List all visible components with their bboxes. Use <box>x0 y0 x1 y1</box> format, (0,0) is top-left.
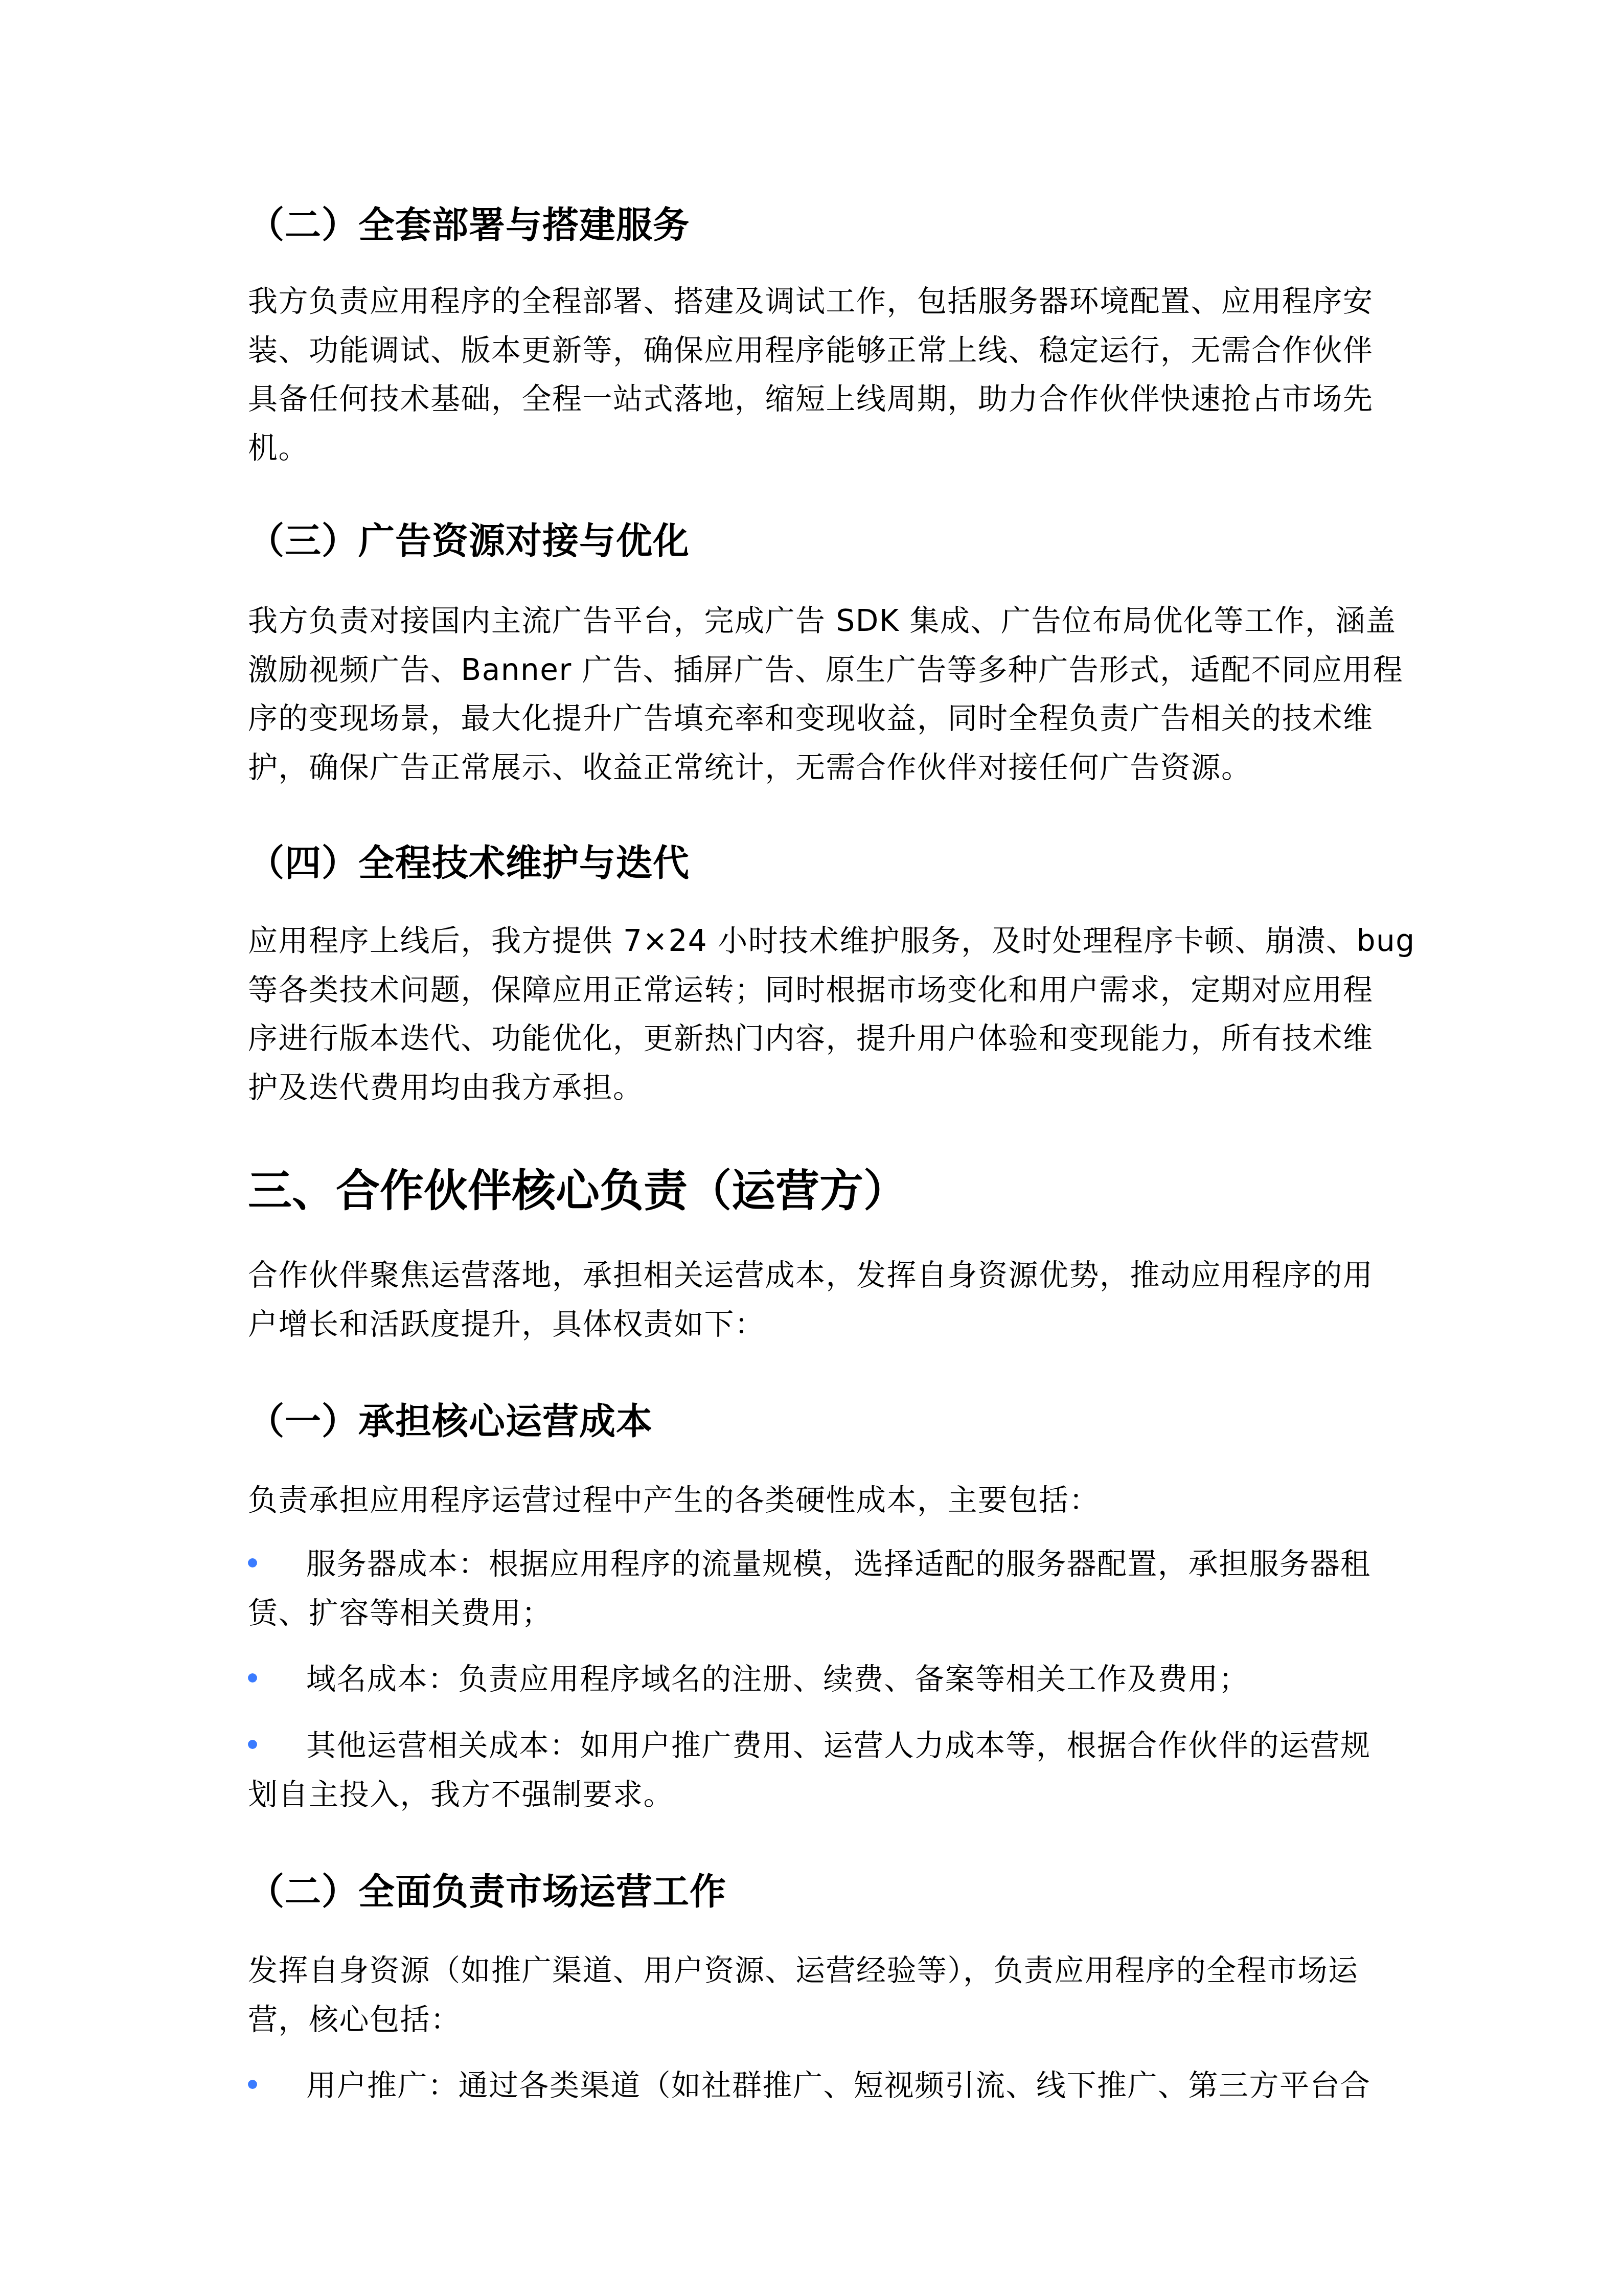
bullet-icon <box>248 1558 257 1567</box>
text-line: 服务器成本：根据应用程序的流量规模，选择适配的服务器配置，承担服务器租 <box>248 1540 1360 1589</box>
bullet-icon <box>248 1740 257 1749</box>
text-line: 护及迭代费用均由我方承担。 <box>248 1063 1360 1112</box>
text-line: 营，核心包括： <box>248 1995 1360 2044</box>
list-item-server-cost: 服务器成本：根据应用程序的流量规模，选择适配的服务器配置，承担服务器租 赁、扩容… <box>248 1540 1360 1638</box>
text-line: 划自主投入，我方不强制要求。 <box>248 1770 1360 1820</box>
text-line: 合作伙伴聚焦运营落地，承担相关运营成本，发挥自身资源优势，推动应用程序的用 <box>248 1251 1360 1300</box>
list-item-text: 服务器成本：根据应用程序的流量规模，选择适配的服务器配置，承担服务器租 <box>306 1547 1371 1581</box>
paragraph-maintenance: 应用程序上线后，我方提供 7×24 小时技术维护服务，及时处理程序卡顿、崩溃、b… <box>248 917 1360 1112</box>
paragraph-partner-intro: 合作伙伴聚焦运营落地，承担相关运营成本，发挥自身资源优势，推动应用程序的用 户增… <box>248 1251 1360 1349</box>
text-line: 装、功能调试、版本更新等，确保应用程序能够正常上线、稳定运行，无需合作伙伴 <box>248 326 1360 375</box>
text-line: 序的变现场景，最大化提升广告填充率和变现收益，同时全程负责广告相关的技术维 <box>248 694 1360 743</box>
text-line: 具备任何技术基础，全程一站式落地，缩短上线周期，助力合作伙伴快速抢占市场先 <box>248 375 1360 424</box>
section-heading-operating-costs: （一）承担核心运营成本 <box>248 1397 1360 1446</box>
text-line: 用户推广：通过各类渠道（如社群推广、短视频引流、线下推广、第三方平台合 <box>248 2061 1360 2110</box>
text-line: 域名成本：负责应用程序域名的注册、续费、备案等相关工作及费用； <box>248 1655 1360 1704</box>
document-page: （二）全套部署与搭建服务 我方负责应用程序的全程部署、搭建及调试工作，包括服务器… <box>0 0 1623 2296</box>
list-item-text: 域名成本：负责应用程序域名的注册、续费、备案等相关工作及费用； <box>306 1662 1249 1696</box>
paragraph-operating-costs: 负责承担应用程序运营过程中产生的各类硬性成本，主要包括： <box>248 1476 1360 1525</box>
paragraph-market-operations: 发挥自身资源（如推广渠道、用户资源、运营经验等），负责应用程序的全程市场运 营，… <box>248 1946 1360 2044</box>
text-line: 机。 <box>248 424 1360 473</box>
paragraph-ads: 我方负责对接国内主流广告平台，完成广告 SDK 集成、广告位布局优化等工作，涵盖… <box>248 597 1360 792</box>
paragraph-deployment: 我方负责应用程序的全程部署、搭建及调试工作，包括服务器环境配置、应用程序安 装、… <box>248 277 1360 472</box>
section-heading-deployment: （二）全套部署与搭建服务 <box>248 200 1360 249</box>
text-line: 我方负责应用程序的全程部署、搭建及调试工作，包括服务器环境配置、应用程序安 <box>248 277 1360 326</box>
text-line: 护，确保广告正常展示、收益正常统计，无需合作伙伴对接任何广告资源。 <box>248 743 1360 792</box>
text-line: 其他运营相关成本：如用户推广费用、运营人力成本等，根据合作伙伴的运营规 <box>248 1721 1360 1770</box>
list-item-other-cost: 其他运营相关成本：如用户推广费用、运营人力成本等，根据合作伙伴的运营规 划自主投… <box>248 1721 1360 1819</box>
text-line: 激励视频广告、Banner 广告、插屏广告、原生广告等多种广告形式，适配不同应用… <box>248 646 1360 695</box>
list-item-domain-cost: 域名成本：负责应用程序域名的注册、续费、备案等相关工作及费用； <box>248 1655 1360 1704</box>
text-line: 序进行版本迭代、功能优化，更新热门内容，提升用户体验和变现能力，所有技术维 <box>248 1014 1360 1063</box>
text-line: 等各类技术问题，保障应用正常运转；同时根据市场变化和用户需求，定期对应用程 <box>248 966 1360 1015</box>
text-line: 户增长和活跃度提升，具体权责如下： <box>248 1300 1360 1349</box>
text-line: 负责承担应用程序运营过程中产生的各类硬性成本，主要包括： <box>248 1476 1360 1525</box>
text-line: 发挥自身资源（如推广渠道、用户资源、运营经验等），负责应用程序的全程市场运 <box>248 1946 1360 1995</box>
section-heading-market-operations: （二）全面负责市场运营工作 <box>248 1867 1360 1916</box>
bullet-icon <box>248 1673 257 1683</box>
list-item-text: 用户推广：通过各类渠道（如社群推广、短视频引流、线下推广、第三方平台合 <box>306 2068 1371 2103</box>
list-item-user-promotion: 用户推广：通过各类渠道（如社群推广、短视频引流、线下推广、第三方平台合 <box>248 2061 1360 2110</box>
section-heading-ads: （三）广告资源对接与优化 <box>248 516 1360 565</box>
text-line: 赁、扩容等相关费用； <box>248 1589 1360 1638</box>
chapter-heading-partner-responsibilities: 三、合作伙伴核心负责（运营方） <box>248 1163 1360 1219</box>
text-line: 应用程序上线后，我方提供 7×24 小时技术维护服务，及时处理程序卡顿、崩溃、b… <box>248 917 1360 966</box>
list-item-text: 其他运营相关成本：如用户推广费用、运营人力成本等，根据合作伙伴的运营规 <box>306 1728 1371 1763</box>
text-line: 我方负责对接国内主流广告平台，完成广告 SDK 集成、广告位布局优化等工作，涵盖 <box>248 597 1360 646</box>
section-heading-maintenance: （四）全程技术维护与迭代 <box>248 838 1360 888</box>
bullet-icon <box>248 2080 257 2089</box>
